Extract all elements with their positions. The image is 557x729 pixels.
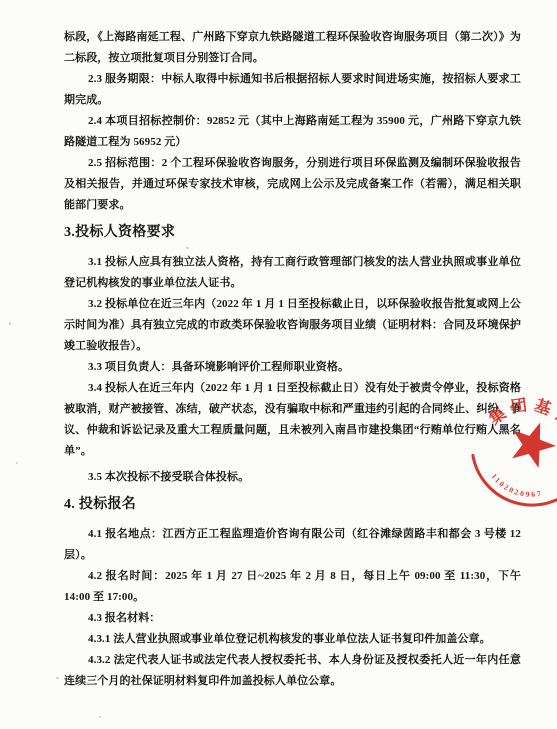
clause-2-3-service-period: 2.3 服务期限：中标人取得中标通知书后根据招标人要求时间进场实施，按招标人要求… [64, 69, 521, 111]
clause-2-4-control-price: 2.4 本项目招标控制价：92852 元（其中上海路南延工程为 35900 元，… [64, 111, 521, 153]
clause-4-3-2-authorization: 4.3.2 法定代表人证书或法定代表人授权委托书、本人身份证及授权委托人近一年内… [64, 650, 521, 692]
scan-speck [99, 716, 101, 718]
clause-4-1-registration-address: 4.1 报名地点：江西方正工程监理造价咨询有限公司（红谷滩绿茵路丰和都会 3 号… [64, 524, 521, 566]
section-4-heading-bid-registration: 4. 投标报名 [64, 494, 521, 516]
scan-speck [9, 322, 11, 325]
clause-4-3-registration-materials: 4.3 报名材料： [64, 608, 521, 629]
clause-2-5-tender-scope: 2.5 招标范围：2 个工程环保验收咨询服务，分别进行项目环保监测及编制环保验收… [64, 153, 521, 216]
document-content: 标段，《上海路南延工程、广州路下穿京九铁路隧道工程环保验收咨询服务项目（第二次）… [64, 27, 521, 692]
clause-3-3-project-leader: 3.3 项目负责人：具备环境影响评价工程师职业资格。 [64, 357, 521, 378]
paragraph-continuation: 标段，《上海路南延工程、广州路下穿京九铁路隧道工程环保验收咨询服务项目（第二次）… [64, 27, 521, 69]
clause-3-2-track-record: 3.2 投标单位在近三年内（2022 年 1 月 1 日至投标截止日，以环保验收… [64, 294, 521, 357]
section-3-heading-bidder-qualifications: 3.投标人资格要求 [64, 222, 521, 244]
scan-speck [16, 462, 18, 464]
scan-speck [56, 677, 59, 679]
clause-3-4-no-violations: 3.4 投标人在近三年内（2022 年 1 月 1 日至投标截止日）没有处于被责… [64, 378, 521, 462]
scanned-document-page: 标段，《上海路南延工程、广州路下穿京九铁路隧道工程环保验收咨询服务项目（第二次）… [0, 0, 557, 729]
clause-4-3-1-license-copy: 4.3.1 法人营业执照或事业单位登记机构核发的事业单位法人证书复印件加盖公章。 [64, 629, 521, 650]
clause-3-1-legal-person: 3.1 投标人应具有独立法人资格，持有工商行政管理部门核发的法人营业执照或事业单… [64, 252, 521, 294]
scan-speck [186, 247, 189, 249]
clause-3-5-no-consortium: 3.5 本次投标不接受联合体投标。 [64, 467, 521, 488]
clause-4-2-registration-time: 4.2 报名时间：2025 年 1 月 27 日~2025 年 2 月 8 日，… [64, 566, 521, 608]
